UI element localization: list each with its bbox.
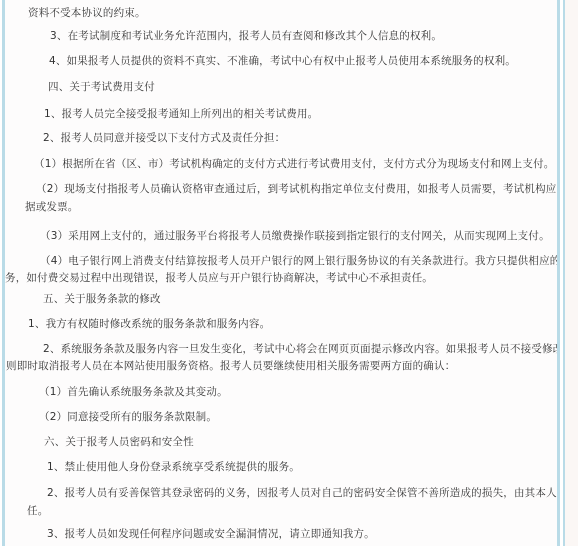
text-line-10: （3）采用网上支付的，通过服务平台将报考人员缴费操作联接到指定银行的支付网关，从… <box>40 230 550 243</box>
text-line-8: （2）现场支付指报考人员确认资格审查通过后，到考试机构指定单位支付费用，如报考人… <box>36 183 578 196</box>
text-line-6: 2、报考人员同意并接受以下支付方式及责任分担： <box>43 132 285 145</box>
text-line-22: 任。 <box>27 505 48 518</box>
text-line-18: （2）同意接受所有的服务条款限制。 <box>39 411 217 424</box>
text-line-17: （1）首先确认系统服务条款及其变动。 <box>39 386 228 399</box>
text-line-9: 据或发票。 <box>25 201 79 214</box>
right-gutter <box>565 0 578 546</box>
agreement-page: 资料不受本协议的约束。3、在考试制度和考试业务允许范围内，报考人员有查阅和修改其… <box>0 0 578 546</box>
text-line-19: 六、关于报考人员密码和安全性 <box>44 436 194 449</box>
text-line-3: 4、如果报考人员提供的资料不真实、不准确，考试中心有权中止报考人员使用本系统服务… <box>49 55 516 68</box>
text-line-1: 资料不受本协议的约束。 <box>28 7 146 20</box>
text-line-14: 1、我方有权随时修改系统的服务条款和服务内容。 <box>28 318 270 331</box>
frame-border-left <box>2 0 5 546</box>
text-line-4: 四、关于考试费用支付 <box>48 81 155 94</box>
text-line-21: 2、报考人员有妥善保管其登录密码的义务，因报考人员对自己的密码安全保管不善所造成… <box>47 487 578 500</box>
text-line-5: 1、报考人员完全接受报考通知上所列出的相关考试费用。 <box>44 108 318 121</box>
text-line-23: 3、报考人员如发现任何程序问题或安全漏洞情况，请立即通知我方。 <box>47 528 375 541</box>
text-line-2: 3、在考试制度和考试业务允许范围内，报考人员有查阅和修改其个人信息的权利。 <box>50 30 442 43</box>
text-line-13: 五、关于服务条款的修改 <box>43 293 161 306</box>
text-line-15: 2、系统服务条款及服务内容一旦发生变化，考试中心将会在网页页面提示修改内容。如果… <box>43 343 578 356</box>
text-line-7: （1）根据所在省（区、市）考试机构确定的支付方式进行考试费用支付，支付方式分为现… <box>34 158 554 171</box>
agreement-text-area: 资料不受本协议的约束。3、在考试制度和考试业务允许范围内，报考人员有查阅和修改其… <box>5 0 557 546</box>
text-line-20: 1、禁止使用他人身份登录系统享受系统提供的服务。 <box>47 461 300 474</box>
text-line-16: 则即时取消报考人员在本网站使用服务资格。报考人员要继续使用相关服务需要两方面的确… <box>6 360 455 373</box>
text-line-12: 务，如付费交易过程中出现错误，报考人员应与开户银行协商解决，考试中心不承担责任。 <box>5 272 433 285</box>
text-line-11: （4）电子银行网上消费支付结算按报考人员开户银行的网上银行服务协议的有关条款进行… <box>40 255 578 268</box>
